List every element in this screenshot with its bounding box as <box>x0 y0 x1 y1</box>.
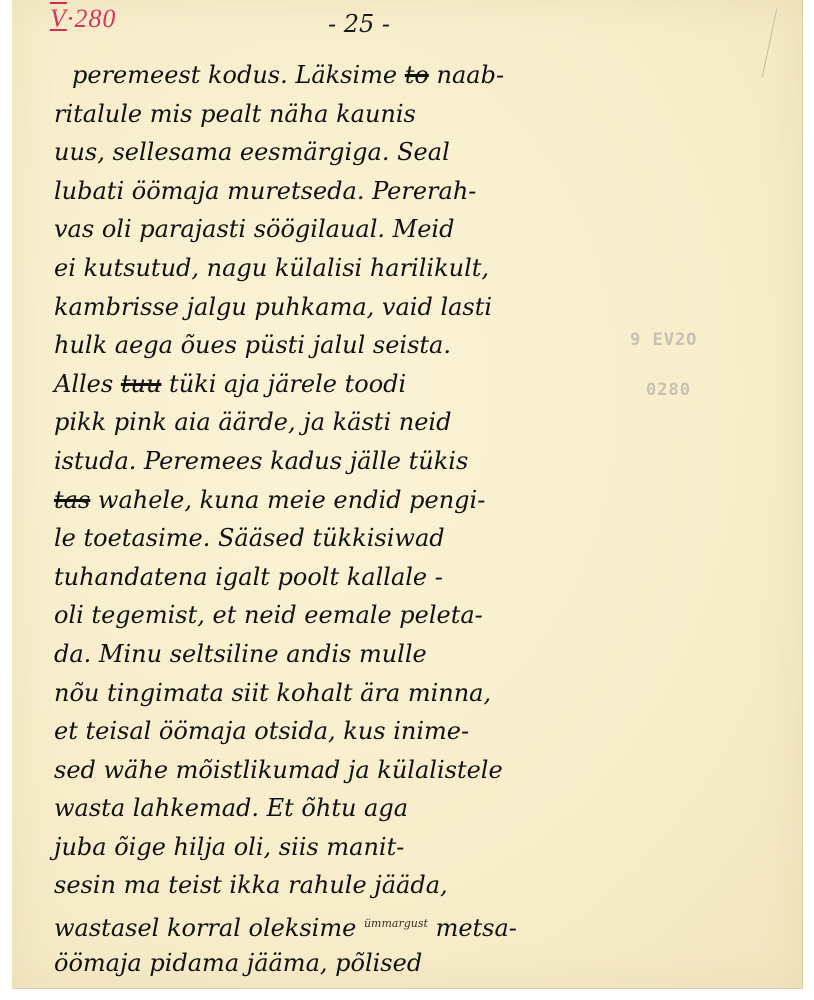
struck-word: tuu <box>121 370 162 398</box>
text-line: hulk aega õues püsti jalul seista. <box>54 326 614 365</box>
text-line: wasta lahkemad. Et õhtu aga <box>54 789 614 828</box>
text-line: öömaja pidama jääma, põlised <box>54 944 614 983</box>
text-line: Alles tuu tüki aja järele toodi <box>54 365 614 404</box>
text-line: ei kutsutud, nagu külalisi harilikult, <box>54 249 614 288</box>
archive-reference-mark: V·280 <box>50 4 116 34</box>
faded-stamp-1: 9 EV2O <box>630 330 697 350</box>
text-line: vas oli parajasti söögilaual. Meid <box>54 210 614 249</box>
text-line: sed wähe mõistlikumad ja külalistele <box>54 751 614 790</box>
struck-word: tas <box>54 486 90 514</box>
interlinear-insertion: ümmargust <box>364 917 428 930</box>
text-line: pikk pink aia äärde, ja kästi neid <box>54 403 614 442</box>
text-line: juba õige hilja oli, siis manit- <box>54 828 614 867</box>
text-line: peremeest kodus. Läksime to naab- <box>54 56 614 95</box>
faded-stamp-2: 0280 <box>646 380 691 400</box>
archive-roman-numeral: V <box>50 4 67 33</box>
text-line: lubati öömaja muretseda. Pererah- <box>54 172 614 211</box>
text-line: et teisal öömaja otsida, kus inime- <box>54 712 614 751</box>
text-line: nõu tingimata siit kohalt ära minna, <box>54 674 614 713</box>
manuscript-page: V·280 - 25 - 9 EV2O 0280 peremeest kodus… <box>12 0 803 989</box>
archive-number: 280 <box>74 4 116 33</box>
text-line: tuhandatena igalt poolt kallale - <box>54 558 614 597</box>
text-line: da. Minu seltsiline andis mulle <box>54 635 614 674</box>
page-number: - 25 - <box>328 10 390 38</box>
text-line: le toetasime. Sääsed tükkisiwad <box>54 519 614 558</box>
paper-crease <box>762 9 778 78</box>
text-line: ritalule mis pealt näha kaunis <box>54 95 614 134</box>
handwritten-text-body: peremeest kodus. Läksime to naab- ritalu… <box>54 56 614 982</box>
text-line: sesin ma teist ikka rahule jääda, <box>54 866 614 905</box>
text-line: tas wahele, kuna meie endid pengi- <box>54 481 614 520</box>
text-line: wastasel korral oleksime ümmargust metsa… <box>54 905 614 944</box>
text-line: uus, sellesama eesmärgiga. Seal <box>54 133 614 172</box>
struck-word: to <box>405 61 429 89</box>
text-line: oli tegemist, et neid eemale peleta- <box>54 596 614 635</box>
text-line: istuda. Peremees kadus jälle tükis <box>54 442 614 481</box>
text-line: kambrisse jalgu puhkama, vaid lasti <box>54 288 614 327</box>
